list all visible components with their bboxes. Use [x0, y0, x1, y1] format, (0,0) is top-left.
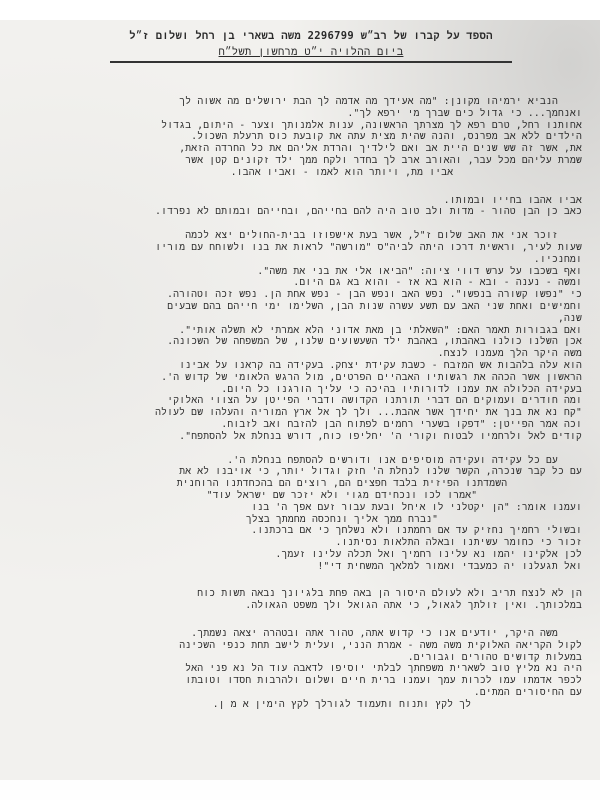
text-line: עם כל קבר שנכרה, הקשר שלנו לנחלת ה' חזק … — [62, 466, 582, 478]
text-line: בעקידה הכלולה את עמנו לדורותיו בהיכה כי … — [62, 384, 582, 396]
text-line: ואנחמך... כי גדול כים שברך מי ירפא לך". — [62, 108, 582, 120]
text-line: שעות לעיר, וראשית דרכו היתה לביה"ס "מורש… — [62, 242, 582, 254]
text-line: "קח נא את בנך את יחידך אשר אהבת... ולך ל… — [62, 407, 582, 419]
text-line: זוכר אני את האב שלום ז"ל, אשר בעת אישפוז… — [62, 230, 582, 242]
text-line: אביו אהבו בחייו ובמותו. — [62, 195, 582, 207]
text-line: את, אשר זה שש שנים היית אב ואם לילדיך וה… — [62, 143, 582, 155]
text-line: ואף בשכבו על ערש דווי ציוה: "הביאו אלי א… — [62, 266, 582, 278]
scanned-document-page: הספד על קברו של רב״ש 2296799 משה בשארי ב… — [0, 0, 600, 800]
text-line: במעלות קדושים טהורים וגבורים. — [62, 652, 582, 664]
paragraph: הנביא ירמיהו מקונן: "מה אעידך מה אדמה לך… — [62, 96, 582, 179]
document-subtitle: ביום ההלויה י״ט מרחשון תשל״ח — [110, 45, 512, 63]
text-line: הילדים ללא אב מפרנס, והנה שהית מצית עתה … — [62, 131, 582, 143]
text-line: הנביא ירמיהו מקונן: "מה אעידך מה אדמה לך… — [62, 96, 582, 108]
text-line: אביו מת, ויותר הוא לאמו - ואביו אהבו. — [62, 167, 582, 179]
paragraph-gap — [62, 218, 582, 230]
text-line: ועמנו אומר: "הן יקטלני לו איחל ובעת עבור… — [62, 502, 582, 514]
text-line: וחמישים ואחת שני האב עם תשע עשרה שנות הב… — [62, 301, 582, 313]
paragraph: זוכר אני את האב שלום ז"ל, אשר בעת אישפוז… — [62, 230, 582, 442]
text-line: כי "נפשו קשורה בנפשו". נפש האב ונפש הבן … — [62, 289, 582, 301]
text-line: "נברח ממך אליך ונחכסה מחמתך בצלך — [62, 514, 582, 526]
text-line: היה נא מליץ טוב לשארית משפחתך לבלתי יוסי… — [62, 663, 582, 675]
paragraph: משה היקר, יודעים אנו כי קדוש אתה, טהור א… — [62, 628, 582, 711]
document-title: הספד על קברו של רב״ש 2296799 משה בשארי ב… — [110, 28, 512, 45]
text-line: לכן אלקינו יהמו נא עלינו רחמיך ואל תכלה … — [62, 549, 582, 561]
text-line: עם החיסורים המתים. — [62, 687, 582, 699]
document-body: הנביא ירמיהו מקונן: "מה אעידך מה אדמה לך… — [62, 96, 582, 711]
text-line: משה היקר, יודעים אנו כי קדוש אתה, טהור א… — [62, 628, 582, 640]
text-line: שמרת עליהם מכל עבר, והאורב ארב לך בחדר ו… — [62, 155, 582, 167]
text-line: השמדתנו הפיזית בלבד חפצים הם, רוצים הם ב… — [62, 478, 582, 490]
text-line: וכה אמר הפייטן: "דפקו בשערי רחמים לפתוח … — [62, 419, 582, 431]
paragraph: אביו אהבו בחייו ובמותו.כאב כן הבן טהור -… — [62, 195, 582, 219]
text-line: עם כל עקידה ועקידה מוסיפים אנו ודורשים ל… — [62, 455, 582, 467]
text-line: "אמרו לכו ונכחידם מגוי ולא יזכר שם ישראל… — [62, 490, 582, 502]
paragraph: עם כל עקידה ועקידה מוסיפים אנו ודורשים ל… — [62, 455, 582, 573]
paragraph-gap — [62, 612, 582, 628]
text-line: קודים לאל ולרחמיו לבטוח וקורי ה' יחליפו … — [62, 431, 582, 443]
text-line: אחותנו רחל, טרם רפא לך מצרתך הראשונה, ענ… — [62, 120, 582, 132]
document-header: הספד על קברו של רב״ש 2296799 משה בשארי ב… — [110, 28, 512, 63]
paragraph-gap — [62, 179, 582, 195]
text-line: ומה חודרים ועמוקים הם דברי תורתנו הקדושה… — [62, 395, 582, 407]
text-line: ואל תגעלנו יה כמעבדי ואמור למלאך המשחית … — [62, 561, 582, 573]
text-line: אכן השלנו כולנו באהבתו, באהבת ילד השעשוע… — [62, 336, 582, 348]
text-line: הוא עלה בלהבות אש המזבח - כשבת עקידת יצח… — [62, 360, 582, 372]
text-line: זכור כי כחומר עשיתנו ובאלה התלאות נסיתנו… — [62, 537, 582, 549]
paragraph: הן לא לנצח תריב ולא לעולם היסור הן באה פ… — [62, 588, 582, 612]
text-line: שנה, — [62, 313, 582, 325]
scan-top-margin — [0, 0, 600, 20]
text-line: הן לא לנצח תריב ולא לעולם היסור הן באה פ… — [62, 588, 582, 600]
text-line: הראשון אשר הכהה את רגשותיו האבהיים הפרטי… — [62, 372, 582, 384]
text-line: ומחנכיו. — [62, 254, 582, 266]
text-line: כאב כן הבן טהור - מדות ולב טוב היה להם ב… — [62, 206, 582, 218]
text-line: לך לקץ ותנוח ותעמוד לגורלך לקץ הימין א מ… — [62, 699, 582, 711]
text-line: במלכותך. ואין זולתך לגאול, כי אתה הגואל … — [62, 600, 582, 612]
text-line: לכפר אדמתו עמו לכרות עמך ועמנו ברית חיים… — [62, 675, 582, 687]
text-line: משה היקר הלך מעמנו לנצח. — [62, 348, 582, 360]
scan-bottom-margin — [0, 780, 600, 800]
paragraph-gap — [62, 443, 582, 455]
text-line: ומשה - נענה - ובא - הוא בא אז - והוא בא … — [62, 277, 582, 289]
paragraph-gap — [62, 572, 582, 588]
text-line: לקול הקריאה האלוקית משה משה - אמרת הנני,… — [62, 640, 582, 652]
text-line: ואם בגבורות תאמר האם: "השאלתי בן מאת אדו… — [62, 325, 582, 337]
text-line: ובשולי רחמיך נחזיק עד אם רחמתנו ולא נשלח… — [62, 525, 582, 537]
